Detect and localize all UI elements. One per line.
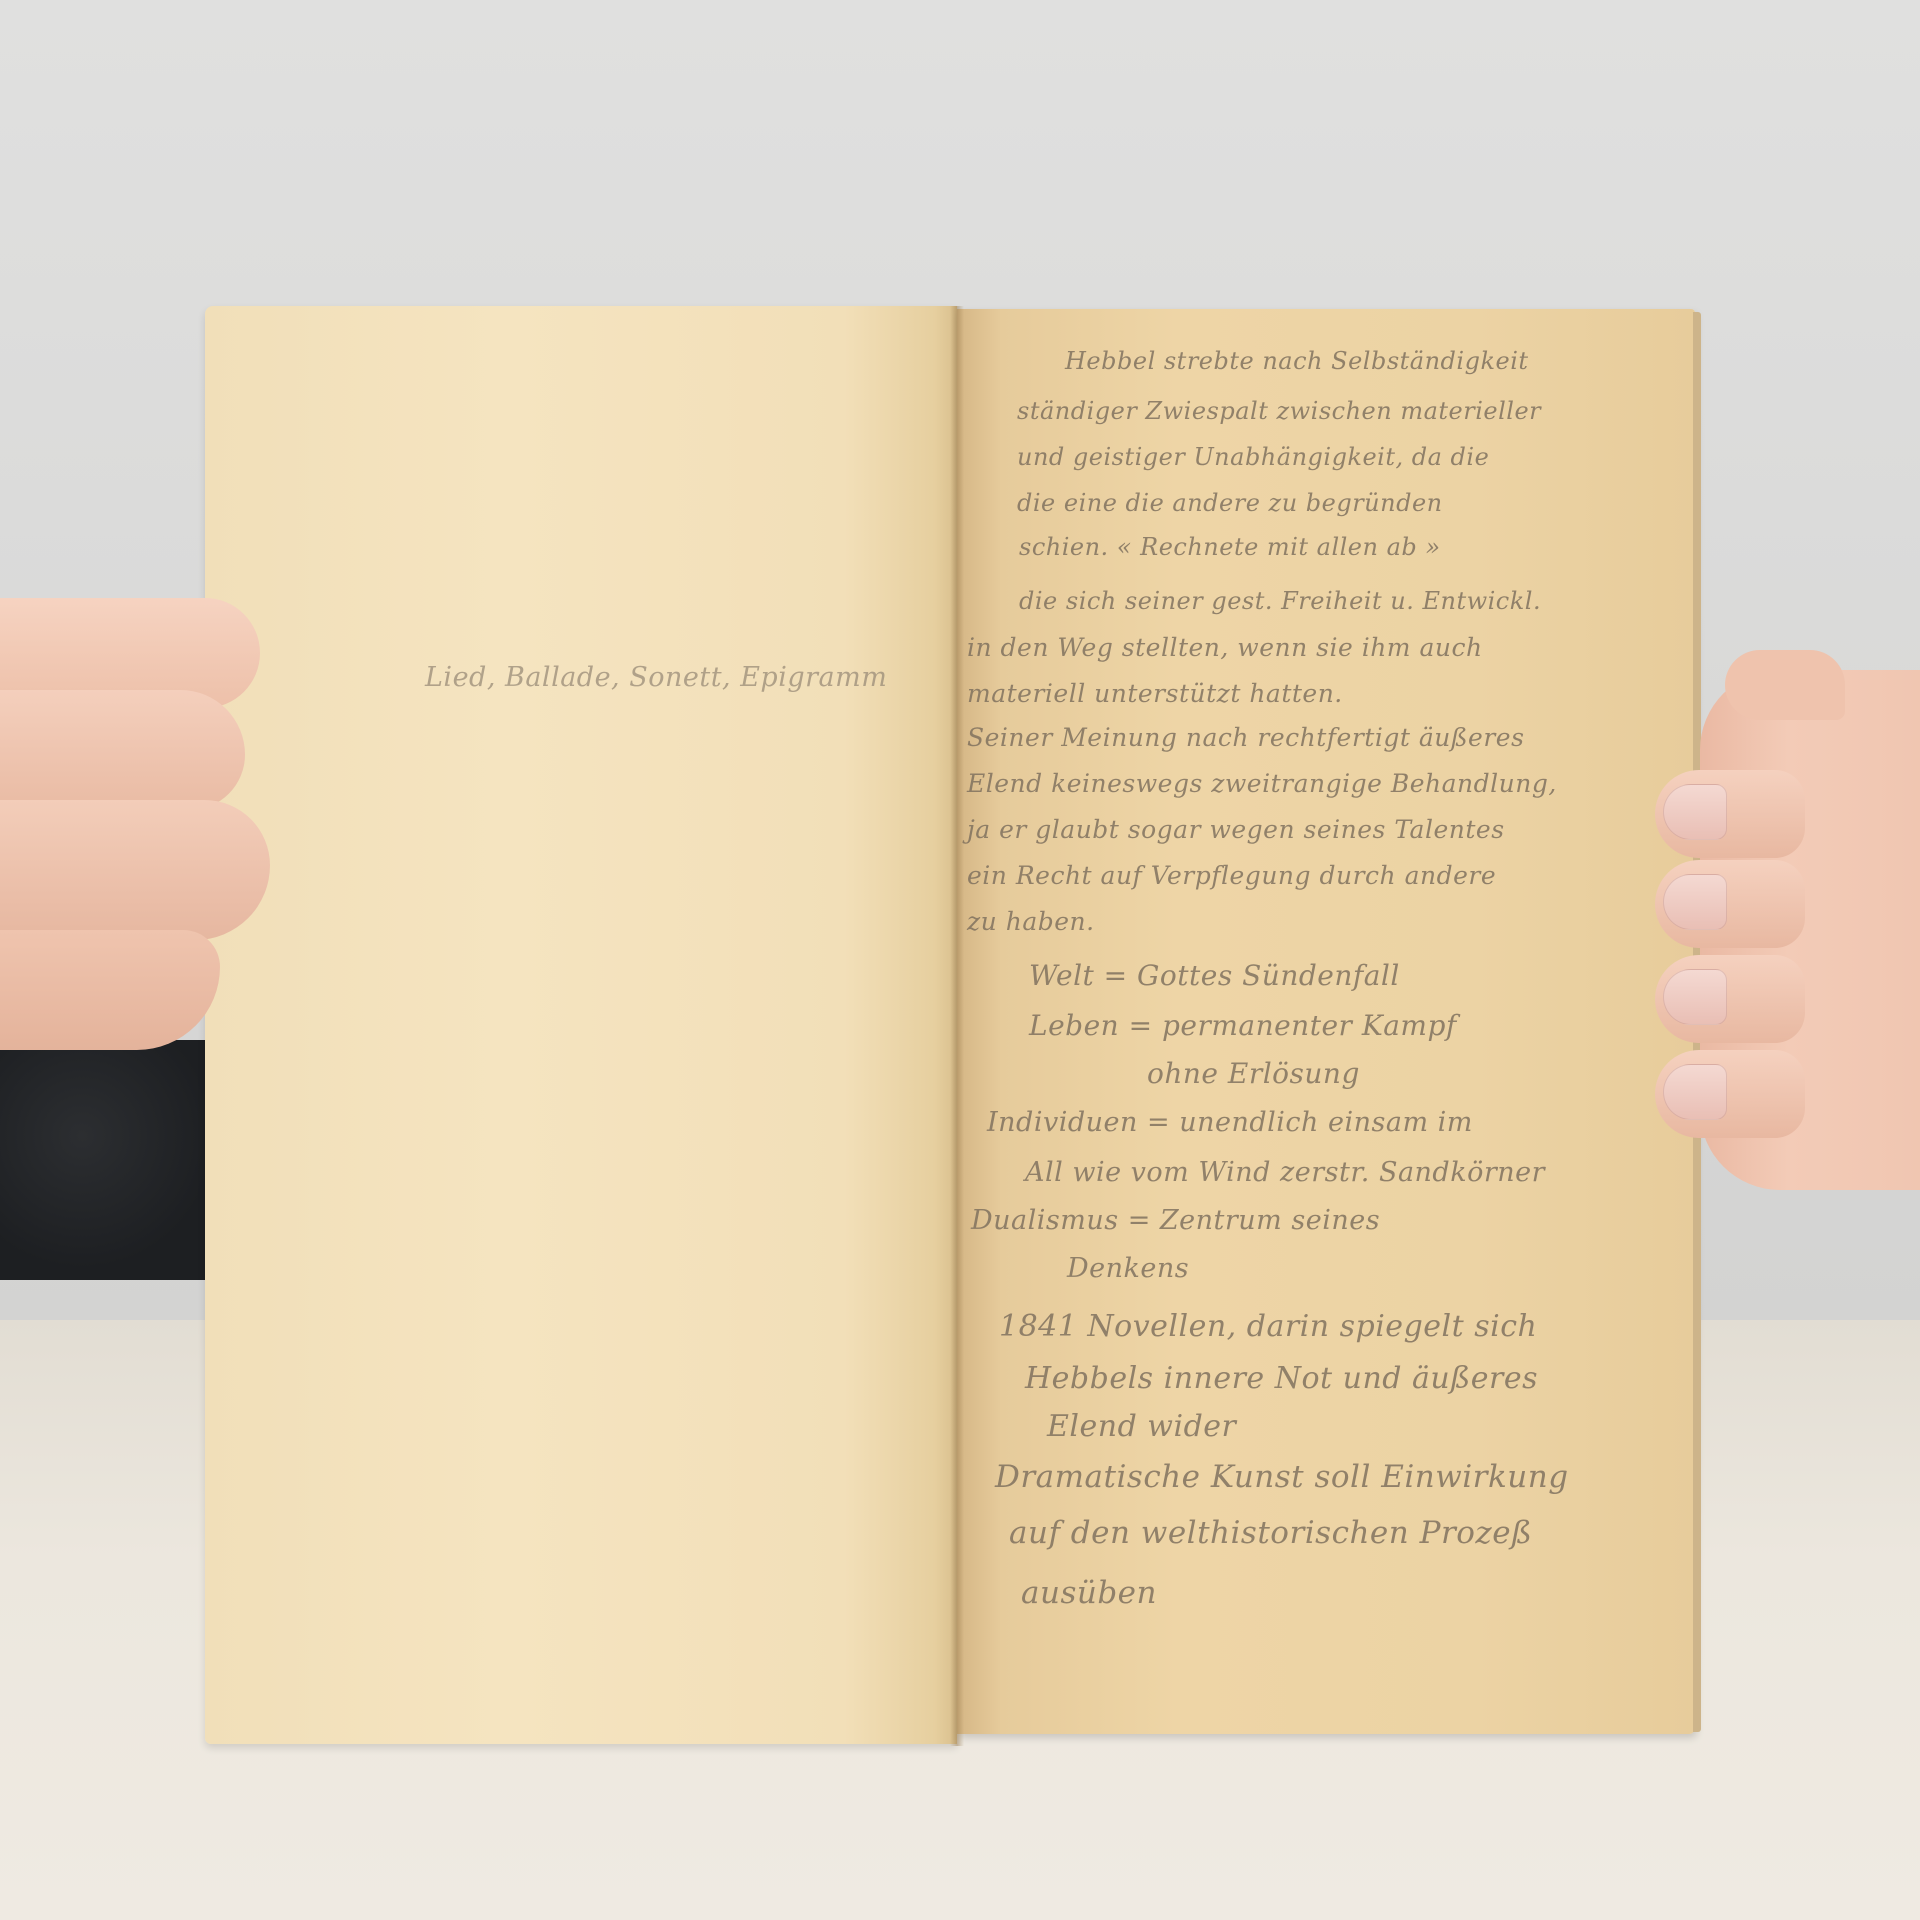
dark-sleeve [0,1040,205,1280]
note-line: Welt = Gottes Sündenfall [1029,959,1400,992]
fingernail [1663,784,1727,840]
left-hand-finger [0,930,220,1050]
note-line: in den Weg stellten, wenn sie ihm auch [967,633,1483,662]
right-hand-finger [1655,860,1805,948]
note-line: Denkens [1067,1253,1189,1284]
note-line: materiell unterstützt hatten. [967,679,1343,708]
left-hand-finger [0,800,270,940]
note-line: die sich seiner gest. Freiheit u. Entwic… [1019,587,1541,615]
note-line: ständiger Zwiespalt zwischen materieller [1017,397,1541,425]
right-hand-finger [1655,955,1805,1043]
fingernail [1663,1064,1727,1120]
note-line: die eine die andere zu begründen [1017,489,1443,517]
note-line: ohne Erlösung [1147,1057,1360,1090]
note-line: Dualismus = Zentrum seines [971,1205,1380,1236]
note-line: Elend wider [1047,1409,1236,1444]
right-hand-finger [1655,770,1805,858]
book-spine [950,306,964,1746]
note-line: Hebbel strebte nach Selbständigkeit [1065,347,1529,375]
fingernail [1663,969,1727,1025]
fingernail [1663,874,1727,930]
right-hand-finger [1655,1050,1805,1138]
note-line: schien. « Rechnete mit allen ab » [1019,533,1441,561]
note-line: Elend keineswegs zweitrangige Behandlung… [967,769,1557,798]
note-line: Leben = permanenter Kampf [1029,1009,1457,1042]
note-line: Seiner Meinung nach rechtfertigt äußeres [967,723,1524,752]
right-page: Hebbel strebte nach Selbständigkeit stän… [957,309,1695,1734]
left-hand-finger [0,690,245,810]
note-line: Hebbels innere Not und äußeres [1025,1361,1538,1396]
open-book: Lied, Ballade, Sonett, Epigramm Hebbel s… [205,306,1705,1786]
note-line: Dramatische Kunst soll Einwirkung [995,1459,1569,1495]
note-line: und geistiger Unabhängigkeit, da die [1017,443,1489,471]
note-line: 1841 Novellen, darin spiegelt sich [999,1309,1537,1344]
note-line: zu haben. [967,907,1095,936]
left-page: Lied, Ballade, Sonett, Epigramm [205,306,957,1744]
note-line: All wie vom Wind zerstr. Sandkörner [1025,1157,1545,1188]
note-line: ja er glaubt sogar wegen seines Talentes [967,815,1505,844]
note-line: Individuen = unendlich einsam im [987,1107,1473,1138]
left-page-note: Lied, Ballade, Sonett, Epigramm [425,662,887,693]
note-line: ausüben [1021,1575,1157,1611]
right-hand-thumb [1725,650,1845,720]
note-line: auf den welthistorischen Prozeß [1009,1515,1532,1551]
note-line: ein Recht auf Verpflegung durch andere [967,861,1496,890]
